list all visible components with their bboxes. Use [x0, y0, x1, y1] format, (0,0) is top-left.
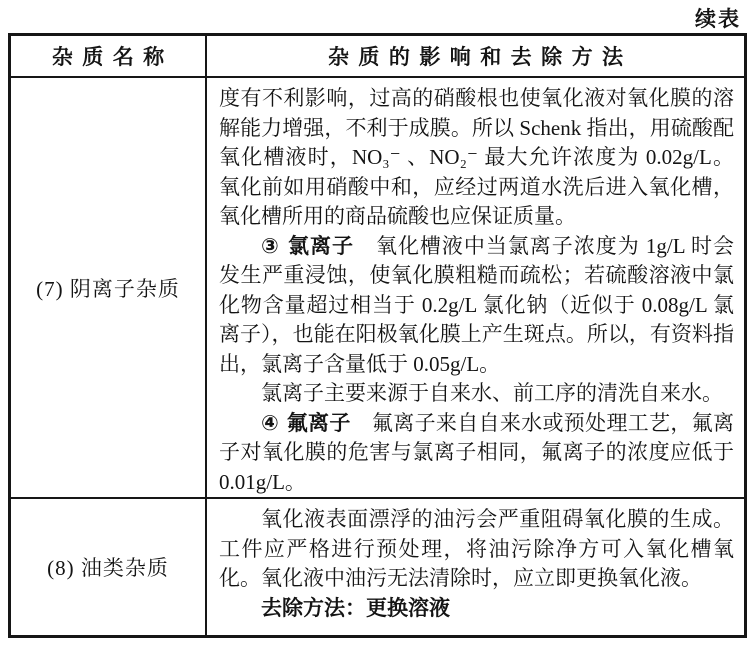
paragraph: ③ 氯离子 氧化槽液中当氯离子浓度为 1g/L 时会发生严重浸蚀，使氧化膜粗糙而…	[219, 232, 734, 380]
paragraph: 度有不利影响，过高的硝酸根也使氧化液对氧化膜的溶解能力增强，不利于成膜。所以 S…	[219, 84, 734, 232]
continued-table-label: 续表	[695, 3, 741, 33]
row-8-impurity-effect: 氧化液表面漂浮的油污会严重阻碍氧化膜的生成。工件应严格进行预处理，将油污除净方可…	[207, 499, 744, 635]
row-8-impurity-name: (8) 油类杂质	[11, 499, 207, 635]
paragraph-text: 氧化液表面漂浮的油污会严重阻碍氧化膜的生成。工件应严格进行预处理，将油污除净方可…	[219, 507, 734, 590]
paragraph-text: 度有不利影响，过高的硝酸根也使氧化液对氧化膜的溶解能力增强，不利于成膜。所以 S…	[219, 86, 734, 228]
header-impurity-name: 杂质名称	[11, 36, 207, 78]
header-impurity-effect: 杂质的影响和去除方法	[207, 36, 744, 78]
row-7-impurity-effect: 度有不利影响，过高的硝酸根也使氧化液对氧化膜的溶解能力增强，不利于成膜。所以 S…	[207, 78, 744, 499]
removal-method-line: 去除方法：更换溶液	[219, 594, 734, 624]
sub-item-chloride-label: ③ 氯离子	[261, 234, 354, 258]
paragraph: ④ 氟离子 氟离子来自自来水或预处理工艺，氟离子对氧化膜的危害与氯离子相同，氟离…	[219, 409, 734, 498]
impurity-table: 杂质名称 杂质的影响和去除方法 (7) 阴离子杂质 度有不利影响，过高的硝酸根也…	[8, 33, 747, 638]
paragraph: 氯离子主要来源于自来水、前工序的清洗自来水。	[219, 379, 734, 409]
row-7-impurity-name: (7) 阴离子杂质	[11, 78, 207, 499]
paragraph: 氧化液表面漂浮的油污会严重阻碍氧化膜的生成。工件应严格进行预处理，将油污除净方可…	[219, 505, 734, 594]
sub-item-fluoride-label: ④ 氟离子	[261, 411, 351, 435]
paragraph-text: 去除方法：更换溶液	[261, 596, 450, 620]
paragraph-text: 氯离子主要来源于自来水、前工序的清洗自来水。	[261, 381, 723, 405]
document-page: 续表 杂质名称 杂质的影响和去除方法 (7) 阴离子杂质 度有不利影响，过高的硝…	[0, 0, 755, 646]
